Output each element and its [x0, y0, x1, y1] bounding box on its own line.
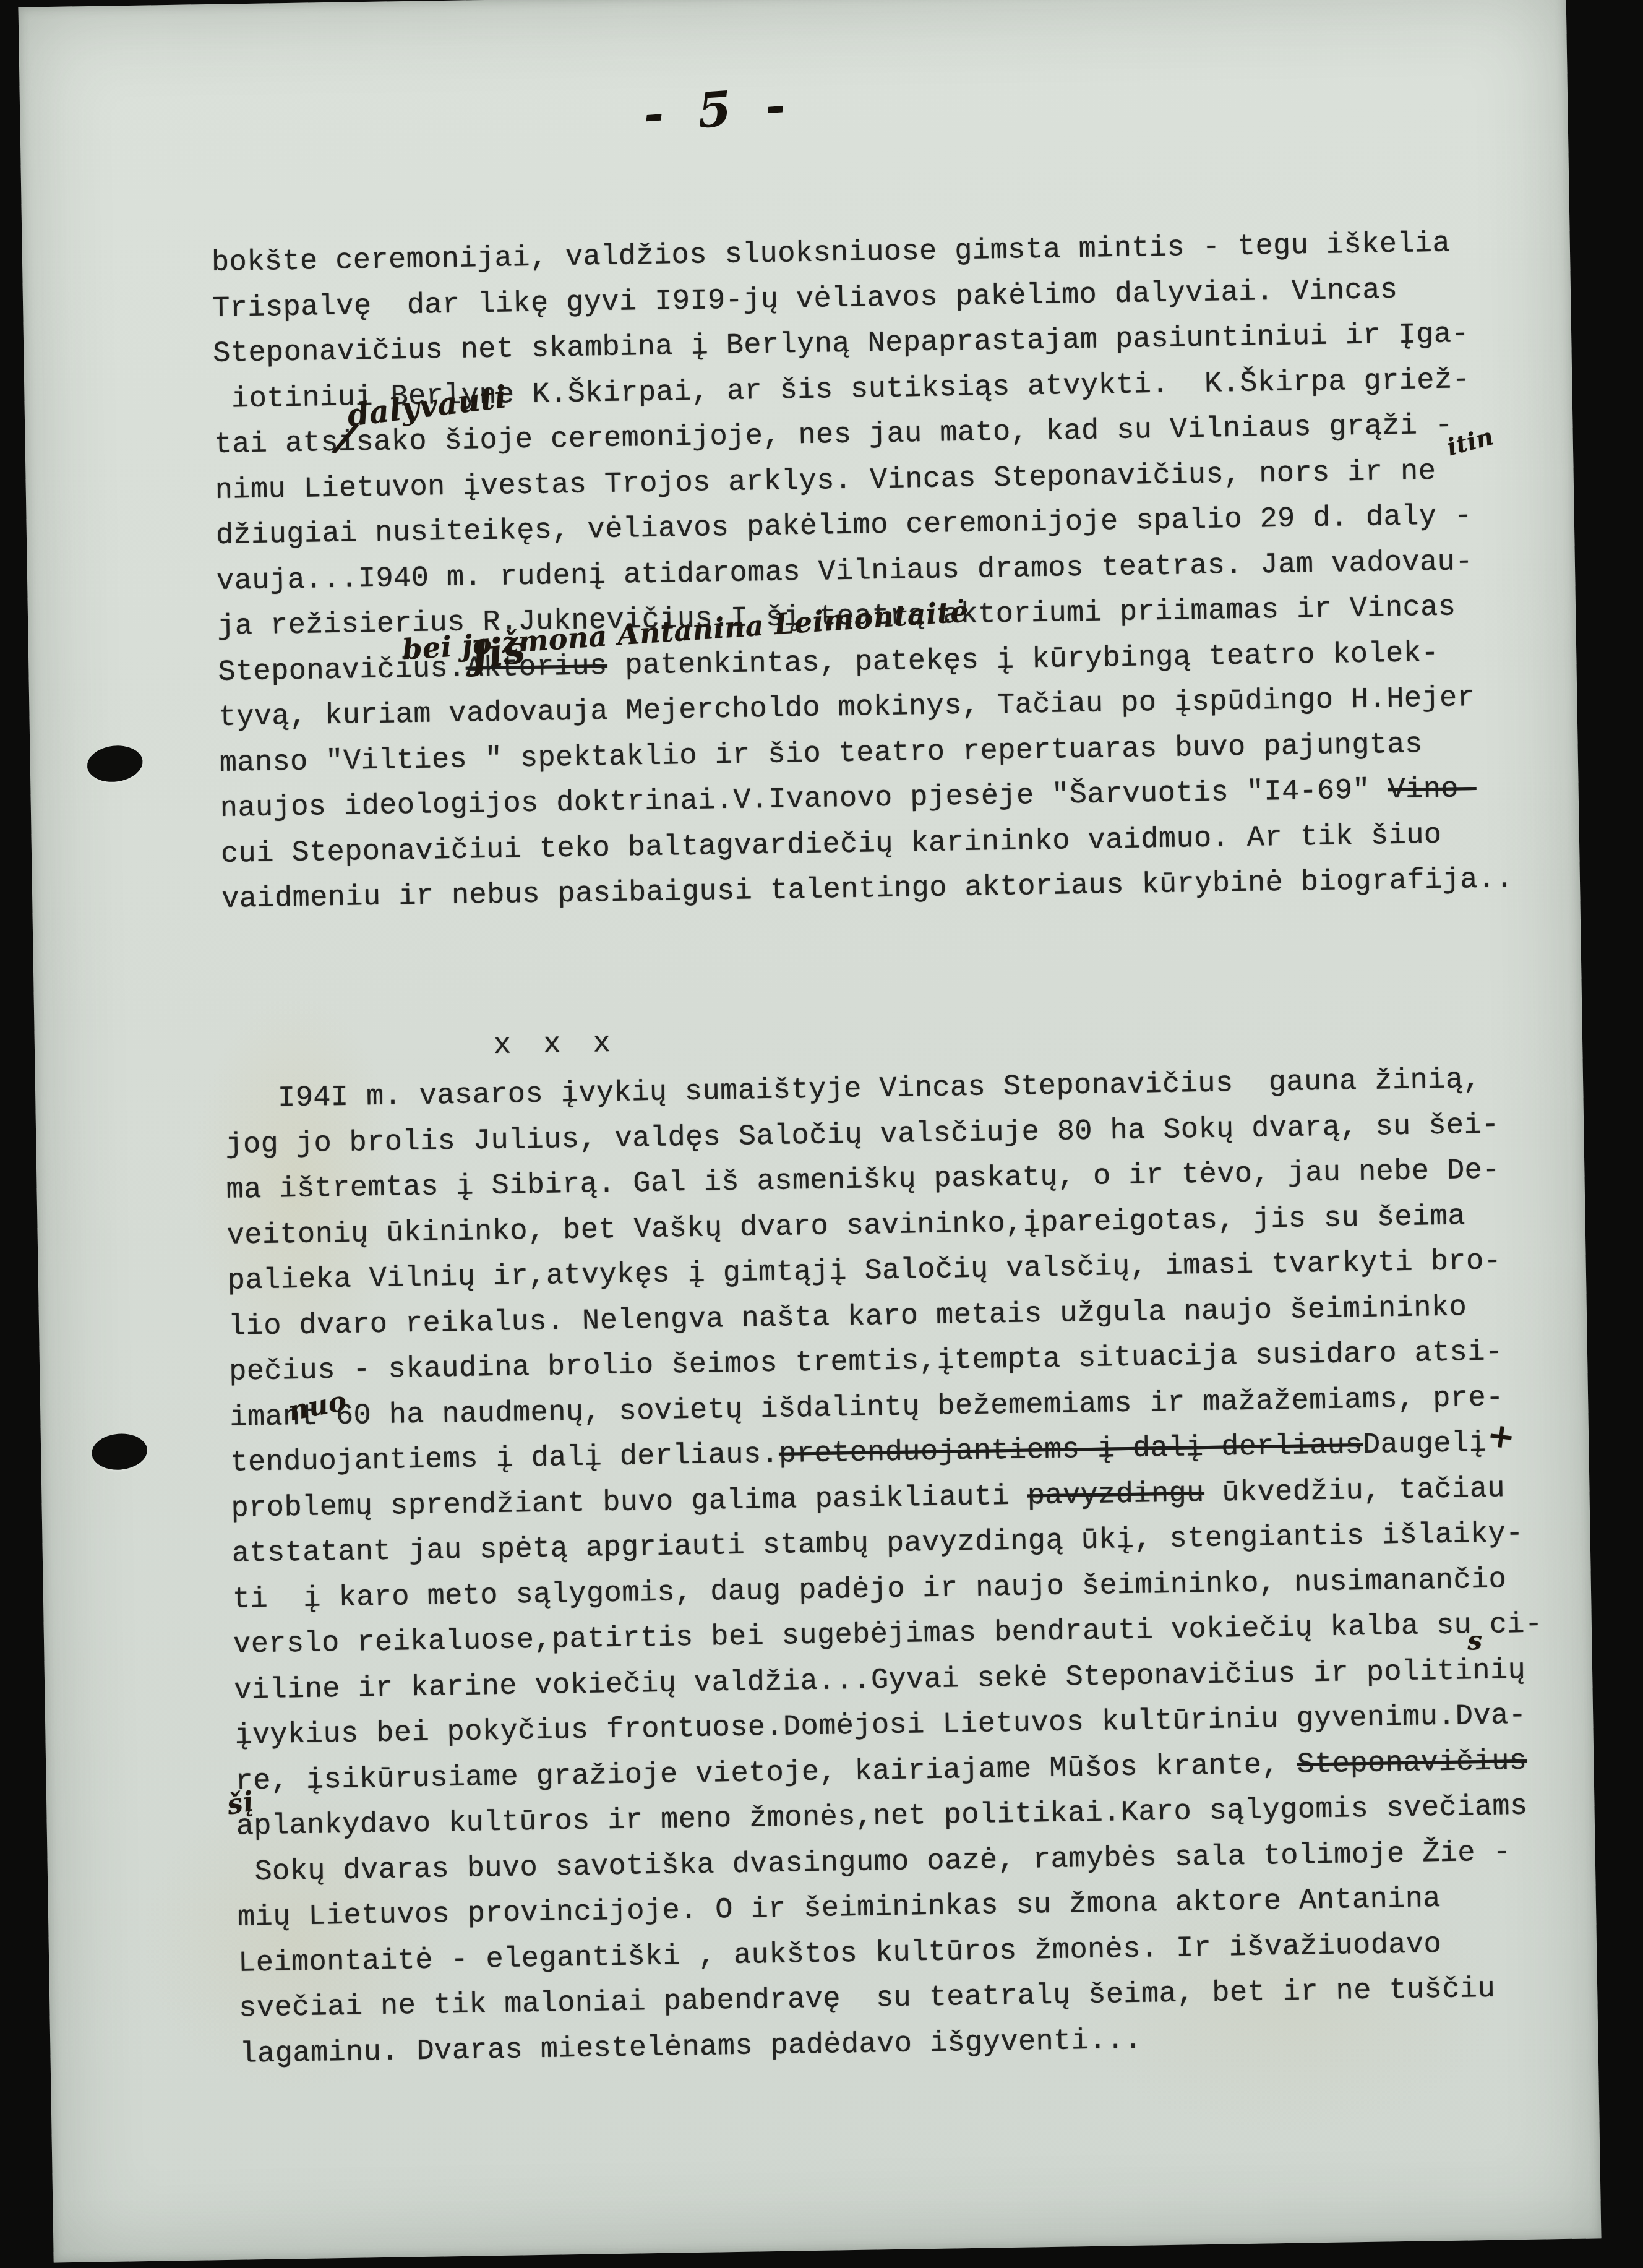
hole-punch-top	[85, 742, 145, 784]
typewritten-text: bokšte ceremonijai, valdžios sluoksniuos…	[211, 220, 1535, 241]
section-separator: x x x	[493, 1021, 618, 1069]
typed-text: ūkvedžiu, tačiau	[1204, 1472, 1505, 1510]
scanned-page-background: - 5 - bokšte ceremonijai, valdžios sluok…	[0, 0, 1643, 2268]
typed-text: priimamas ir Vincas	[1102, 591, 1456, 629]
struck-text: Steponavičius	[1297, 1745, 1527, 1781]
struck-text: pavyzdingu	[1027, 1477, 1204, 1513]
paragraph-2: I94I m. vasaros įvykių sumaištyje Vincas…	[225, 1057, 1550, 2077]
correction-jis: Jis	[468, 627, 528, 679]
document-page: - 5 - bokšte ceremonijai, valdžios sluok…	[19, 0, 1602, 2262]
hole-punch-bottom	[90, 1432, 149, 1472]
typed-text: problemų sprendžiant buvo galima pasikli…	[231, 1480, 1027, 1525]
typed-text: lagaminu. Dvaras miestelėnams padėdavo i…	[239, 2024, 1142, 2071]
margin-cross-mark: +	[1485, 1412, 1518, 1461]
typed-text: Daugelį	[1363, 1427, 1487, 1462]
page-number: - 5 -	[641, 77, 796, 143]
struck-text: Vino-	[1388, 773, 1477, 807]
typed-text: tenduojantiems į dalį derliaus.	[230, 1438, 779, 1480]
paragraph-1: bokšte ceremonijai, valdžios sluoksniuos…	[211, 220, 1513, 922]
correction-letter-s: s	[1467, 1618, 1483, 1664]
struck-text: pretenduojantiems į dalį derliaus	[779, 1429, 1363, 1471]
